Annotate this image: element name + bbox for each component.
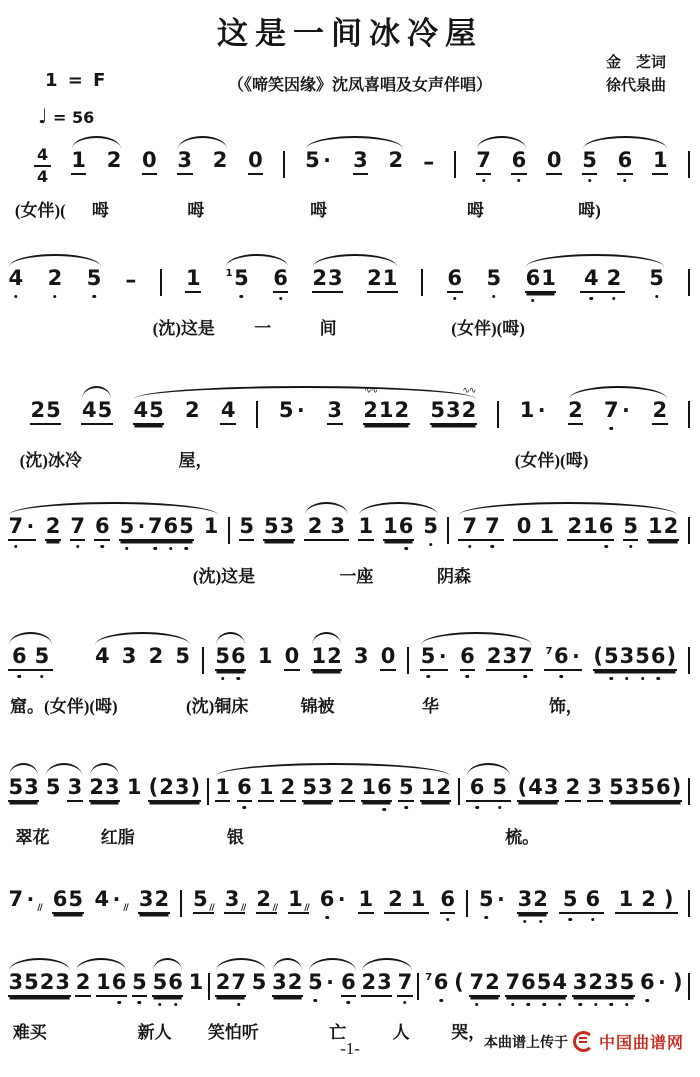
note-digit: 3 (354, 646, 369, 667)
note-token: 1 (185, 268, 201, 293)
note-digit: 5 (492, 777, 507, 798)
octave-dot (655, 295, 659, 299)
note-digit: ( (454, 972, 464, 993)
note-digit: 4 (95, 646, 110, 667)
note-digit: 6 (460, 646, 475, 667)
note-token: 5 (423, 516, 439, 539)
note-digit: 7 (469, 972, 484, 993)
note-token: 5 (251, 972, 267, 995)
note-digit: 5 (423, 516, 438, 537)
note-token: 216 (567, 516, 614, 541)
note-digit: 1 (383, 268, 398, 289)
note-digit: 1 (539, 516, 554, 537)
slur-arc (226, 254, 288, 267)
score-line-6: 5353231(23)16125321651265(43235356)翠花红脂银… (8, 777, 690, 849)
note-digit: 6 (231, 646, 246, 667)
lyric-word: 一 (254, 314, 271, 339)
note-digit: 5 (153, 972, 168, 993)
note-digit: 5 (193, 889, 208, 910)
lyric-word: (女伴)(呣) (515, 446, 589, 471)
octave-dot (158, 1003, 162, 1007)
lyric-word: (女伴)( (15, 196, 66, 221)
note-digit: 6 (12, 646, 27, 667)
slide-marks-icon: ∕∕ (37, 904, 42, 913)
note-digit: 1 (383, 516, 398, 537)
octave-dot (125, 547, 129, 551)
note-digit: ) (672, 777, 682, 798)
augmentation-dot: · (538, 400, 546, 420)
note-digit: 1 (189, 972, 204, 993)
time-signature: 44 (34, 147, 51, 185)
note-digit: 6 (53, 889, 68, 910)
note-digit: 2 (76, 972, 91, 993)
note-digit: 5 (604, 646, 619, 667)
note-digit: 3 (353, 150, 368, 171)
lyric-word: 间 (320, 314, 337, 339)
note-token: 12 (647, 516, 678, 541)
note-digit: 6 (651, 646, 666, 667)
slur-arc (305, 502, 348, 515)
note-digit: 5 (87, 268, 102, 289)
note-token: 12 (311, 646, 342, 671)
note-token: 56 (215, 646, 246, 671)
note-token: 1 (258, 777, 274, 802)
note-token: 3 (67, 777, 83, 802)
note-digit: 1 (96, 972, 111, 993)
note-token: 12) (615, 889, 678, 914)
slur-arc (9, 254, 101, 267)
note-digit: 2 (216, 972, 231, 993)
notes-row: 35232165561275325·623776(72765432356·) (8, 972, 690, 1006)
credits: 金 芝词 徐代泉曲 (606, 52, 666, 97)
octave-dot (517, 179, 521, 183)
note-token: 2 (148, 646, 164, 669)
lyric-word: 华 (422, 692, 439, 717)
note-digit: 7 (9, 889, 24, 910)
note-token: 5 (486, 268, 502, 291)
note-token: 72 (469, 972, 500, 997)
note-digit: 7 (604, 400, 619, 421)
notes-row: 7·∕∕654·∕∕325∕∕3∕∕2∕∕1∕∕6·12165·325612) (8, 889, 690, 923)
note-digit: 3 (573, 972, 588, 993)
note-token: 45 (81, 400, 112, 425)
note-digit: 1 (520, 400, 535, 421)
octave-dot (475, 806, 479, 810)
note-token: 3∕∕ (224, 889, 245, 914)
note-token: 7 (70, 516, 86, 541)
note-digit: 3 (318, 777, 333, 798)
octave-dot (237, 1003, 241, 1007)
octave-dot (523, 920, 527, 924)
note-token: 2 (565, 777, 581, 802)
note-token: ( (454, 972, 465, 995)
note-digit: 0 (381, 646, 396, 667)
slur-arc (9, 632, 52, 645)
lyric-word: 翠花 (16, 823, 50, 848)
note-token: 16 (96, 972, 127, 997)
note-digit: 5 (479, 889, 494, 910)
note-digit: 2 (256, 889, 271, 910)
octave-dot (169, 547, 173, 551)
note-digit: 3 (55, 972, 70, 993)
lyric-word: 银 (227, 823, 244, 848)
note-digit: 5 (179, 516, 194, 537)
octave-dot (560, 675, 564, 679)
note-digit: 1 (362, 777, 377, 798)
lyric-word: 梳。 (505, 823, 539, 848)
note-token: 6 (447, 268, 463, 293)
note-digit: 2 (485, 972, 500, 993)
note-token: 42 (580, 268, 625, 293)
note-digit: 2 (308, 516, 323, 537)
augmentation-dot: · (323, 150, 331, 170)
note-token: 1 (203, 516, 219, 539)
note-digit: 2 (388, 150, 403, 171)
note-token: 5 (649, 268, 665, 291)
note-digit: 3 (544, 777, 559, 798)
lyric-word: 屋， (179, 446, 213, 471)
octave-dot (539, 920, 543, 924)
note-token: 2 (652, 400, 668, 425)
note-digit: 5 (635, 646, 650, 667)
note-digit: 5 (68, 889, 83, 910)
note-token: 5 (132, 972, 148, 997)
bar-line (447, 517, 449, 544)
octave-dot (243, 806, 247, 810)
lyric-word: (沈)这是 (153, 314, 215, 339)
octave-dot (468, 545, 472, 549)
watermark-note: 本曲谱上传于 (484, 1032, 568, 1052)
note-digit: 6 (95, 516, 110, 537)
octave-dot (623, 179, 627, 183)
note-token: 32 (517, 889, 548, 914)
note-digit: 1 (653, 150, 668, 171)
slide-marks-icon: ∕∕ (123, 904, 128, 913)
note-digit: 6 (640, 972, 655, 993)
note-digit: 6 (163, 516, 178, 537)
note-digit: 2 (89, 777, 104, 798)
note-digit: 3 (175, 777, 190, 798)
note-token: 2 (75, 972, 91, 997)
note-token: 4 (220, 400, 236, 425)
notes-row: 441203205·32–760561 (8, 150, 690, 184)
note-token: 5 (239, 516, 255, 541)
note-digit: 3 (328, 268, 343, 289)
note-token: 6 (341, 972, 357, 997)
notes-row: 254545245·32∿∿12532∿∿1·27·2 (8, 400, 690, 434)
slur-arc (313, 254, 397, 267)
bar-line (688, 778, 690, 805)
note-digit: 5 (35, 646, 50, 667)
note-digit: 6 (656, 777, 671, 798)
note-token: 32 (138, 889, 169, 914)
lyric-word: (女伴)(呣) (451, 314, 525, 339)
octave-dot (76, 545, 80, 549)
note-digit: 1 (421, 777, 436, 798)
note-token: 25 (30, 400, 61, 425)
lyrics-row: (沈)这是一座阴森 (8, 562, 690, 586)
note-token: 32 (272, 972, 303, 997)
lyric-word: 呣 (310, 196, 327, 221)
octave-dot (403, 1001, 407, 1005)
bar-line (256, 401, 258, 428)
note-digit: 1 (359, 889, 374, 910)
note-token: 16 (361, 777, 392, 802)
note-digit: 5 (308, 972, 323, 993)
note-token: 5 (398, 777, 414, 802)
lyric-word: 呣 (92, 196, 109, 221)
slur-arc (459, 502, 677, 515)
note-token: 5 (175, 646, 191, 669)
score-line-1: 441203205·32–760561(女伴)(呣呣呣呣呣) (8, 150, 690, 222)
note-digit: 4 (95, 889, 110, 910)
augmentation-dot: · (622, 400, 630, 420)
notes-row: 654325561012305·623776·(5356) (8, 646, 690, 680)
note-token: 6 (237, 777, 253, 802)
note-digit: 1 (186, 268, 201, 289)
note-digit: 2 (288, 972, 303, 993)
slur-arc (178, 136, 227, 149)
note-digit: 5 (9, 777, 24, 798)
note-digit: 5 (46, 777, 61, 798)
lyrics-row: 翠花红脂银梳。 (8, 823, 690, 847)
octave-dot (625, 677, 629, 681)
note-token: 27 (215, 972, 246, 997)
note-digit: 2 (154, 889, 169, 910)
octave-dot (604, 545, 608, 549)
note-token: 23 (312, 268, 343, 293)
note-digit: ) (190, 777, 200, 798)
note-token: 5 (582, 150, 598, 175)
note-digit: 7 (70, 516, 85, 537)
note-digit: 2 (664, 516, 679, 537)
lyric-word: (沈)铜床 (186, 692, 248, 717)
note-digit: 5 (487, 268, 502, 289)
lyric-word: (沈)这是 (193, 562, 255, 587)
note-digit: 3 (9, 972, 24, 993)
note-token: 3 (121, 646, 137, 669)
lyrics-row: (女伴)(呣呣呣呣呣) (8, 196, 690, 220)
octave-dot (446, 918, 450, 922)
note-token: 2 (184, 400, 200, 423)
note-digit: 2 (185, 400, 200, 421)
note-token: 4 (94, 646, 110, 669)
octave-dot (453, 297, 457, 301)
octave-dot (568, 918, 572, 922)
note-digit: 5 (537, 972, 552, 993)
note-digit: 5 (305, 150, 320, 171)
note-token: 56 (152, 972, 183, 997)
slide-marks-icon: ∕∕ (241, 904, 246, 913)
augmentation-dot: · (297, 400, 305, 420)
lyric-word: 一座 (339, 562, 373, 587)
note-digit: 0 (142, 150, 157, 171)
note-digit: 6 (434, 972, 449, 993)
slur-arc (359, 502, 438, 515)
note-digit: 6 (273, 268, 288, 289)
note-digit: 2 (367, 268, 382, 289)
score-line-4: 7·2765·76515532311657701216512(沈)这是一座阴森 (8, 516, 690, 588)
note-token: 5 (623, 516, 639, 541)
note-token: 1∕∕ (288, 889, 309, 914)
note-digit: 2 (40, 972, 55, 993)
note-digit: 6 (440, 889, 455, 910)
note-digit: 6 (526, 268, 541, 289)
octave-dot (558, 1003, 562, 1007)
octave-dot (491, 545, 495, 549)
bar-line (207, 778, 209, 805)
quarter-note-icon: ♩ (38, 104, 47, 128)
note-digit: ) (666, 646, 676, 667)
note-digit: 1 (204, 516, 219, 537)
note-token: 23 (304, 516, 349, 541)
grace-note: 1 (226, 269, 233, 279)
note-digit: 3 (330, 516, 345, 537)
note-digit: 1 (379, 400, 394, 421)
octave-dot (314, 999, 318, 1003)
note-digit: 7 (148, 516, 163, 537)
note-token: 237 (486, 646, 533, 671)
grace-note: 7 (425, 973, 432, 983)
augmentation-dot: · (27, 516, 35, 536)
note-token: 7 (397, 972, 413, 997)
note-digit: 4 (133, 400, 148, 421)
augmentation-dot: · (658, 972, 666, 992)
lyric-word: (沈)冰冷 (20, 446, 82, 471)
note-token: 532∿∿ (430, 400, 477, 425)
note-token: 5· (420, 646, 448, 671)
note-token: 23 (89, 777, 120, 802)
slur-arc (477, 136, 526, 149)
lyrics-row (8, 935, 690, 959)
note-digit: 0 (547, 150, 562, 171)
note-digit: 3 (377, 972, 392, 993)
note-token: 4·∕∕ (94, 889, 128, 912)
note-token: 5 (45, 777, 61, 800)
octave-dot (221, 677, 225, 681)
note-token: 5356) (609, 777, 682, 802)
note-token: 6 (94, 516, 110, 541)
note-token: 0 (284, 646, 300, 671)
note-token: 65 (52, 889, 83, 914)
note-digit: 5 (252, 972, 267, 993)
note-token: 1 (358, 889, 374, 914)
note-digit: 2 (567, 516, 582, 537)
note-digit: 3 (272, 972, 287, 993)
bar-line (688, 647, 690, 674)
note-token: 61 (525, 268, 556, 293)
note-token: 3 (587, 777, 603, 802)
octave-dot (404, 547, 408, 551)
note-digit: 4 (221, 400, 236, 421)
augmentation-dot: · (326, 972, 334, 992)
note-digit: 7 (231, 972, 246, 993)
note-digit: 3 (587, 777, 602, 798)
score-line-3: 254545245·32∿∿12532∿∿1·27·2(沈)冰冷屋，(女伴)(呣… (8, 400, 690, 472)
augmentation-dot: · (138, 516, 146, 536)
octave-dot (527, 1003, 531, 1007)
note-token: 65 (8, 646, 53, 671)
bar-line (228, 517, 230, 544)
note-token: 16 (383, 516, 414, 541)
octave-dot (40, 675, 44, 679)
song-title: 这是一间冰冷屋 (0, 8, 700, 53)
octave-dot (279, 297, 283, 301)
octave-dot (498, 806, 502, 810)
watermark: 本曲谱上传于 中国曲谱网 (484, 1030, 684, 1053)
octave-dot (237, 677, 241, 681)
slur-arc (46, 763, 82, 776)
note-digit: 6 (399, 516, 414, 537)
octave-dot (656, 677, 660, 681)
note-digit: 5 (430, 400, 445, 421)
tempo-marking: ♩ = 56 (38, 104, 94, 128)
note-digit: 1 (541, 268, 556, 289)
note-token: 1 (358, 516, 374, 541)
bar-line (407, 647, 409, 674)
note-token: 1 (188, 972, 204, 995)
note-token: 3523 (8, 972, 71, 997)
note-digit: ) (664, 889, 674, 910)
note-digit: 1 (215, 777, 230, 798)
octave-dot (240, 295, 244, 299)
note-token: 6 (460, 646, 476, 671)
octave-dot (492, 295, 496, 299)
slur-arc (306, 136, 403, 149)
octave-dot (14, 545, 18, 549)
note-digit: 1 (127, 777, 142, 798)
note-digit: 1 (411, 889, 426, 910)
bar-line (688, 151, 690, 178)
note-token: 5· (305, 150, 333, 173)
note-token: 2 (568, 400, 584, 425)
note-token: 7654 (505, 972, 568, 997)
note-token: 5· (308, 972, 336, 995)
octave-dot (641, 677, 645, 681)
lyric-word: 窟。(女伴)(呣) (10, 692, 118, 717)
note-digit: 2∿∿ (462, 400, 477, 421)
bar-line (160, 269, 162, 296)
bar-line (180, 890, 182, 917)
note-digit: 0 (517, 516, 532, 537)
note-token: 76 (424, 972, 449, 995)
lyric-word: 呣 (187, 196, 204, 221)
note-digit: 2 (588, 972, 603, 993)
note-digit: 7 (485, 516, 500, 537)
score-line-5: 654325561012305·623776·(5356)窟。(女伴)(呣)(沈… (8, 646, 690, 718)
octave-dot (466, 675, 470, 679)
octave-dot (594, 1003, 598, 1007)
note-digit: 5 (24, 972, 39, 993)
note-digit: 4 (552, 972, 567, 993)
slur-arc (134, 386, 476, 399)
note-digit: 1 (258, 646, 273, 667)
note-digit: 6 (447, 268, 462, 289)
augmentation-dot: · (497, 889, 505, 909)
octave-dot (591, 918, 595, 922)
octave-dot (610, 1003, 614, 1007)
tempo-value: = 56 (53, 108, 94, 127)
dash-note: – (423, 150, 434, 178)
note-token: ) (673, 972, 684, 995)
note-digit: 2 (641, 889, 656, 910)
note-digit: 7 (476, 150, 491, 171)
octave-dot (18, 675, 22, 679)
octave-dot (185, 547, 189, 551)
note-token: 3 (177, 150, 193, 175)
note-digit: 2 (31, 400, 46, 421)
bar-line (202, 647, 204, 674)
